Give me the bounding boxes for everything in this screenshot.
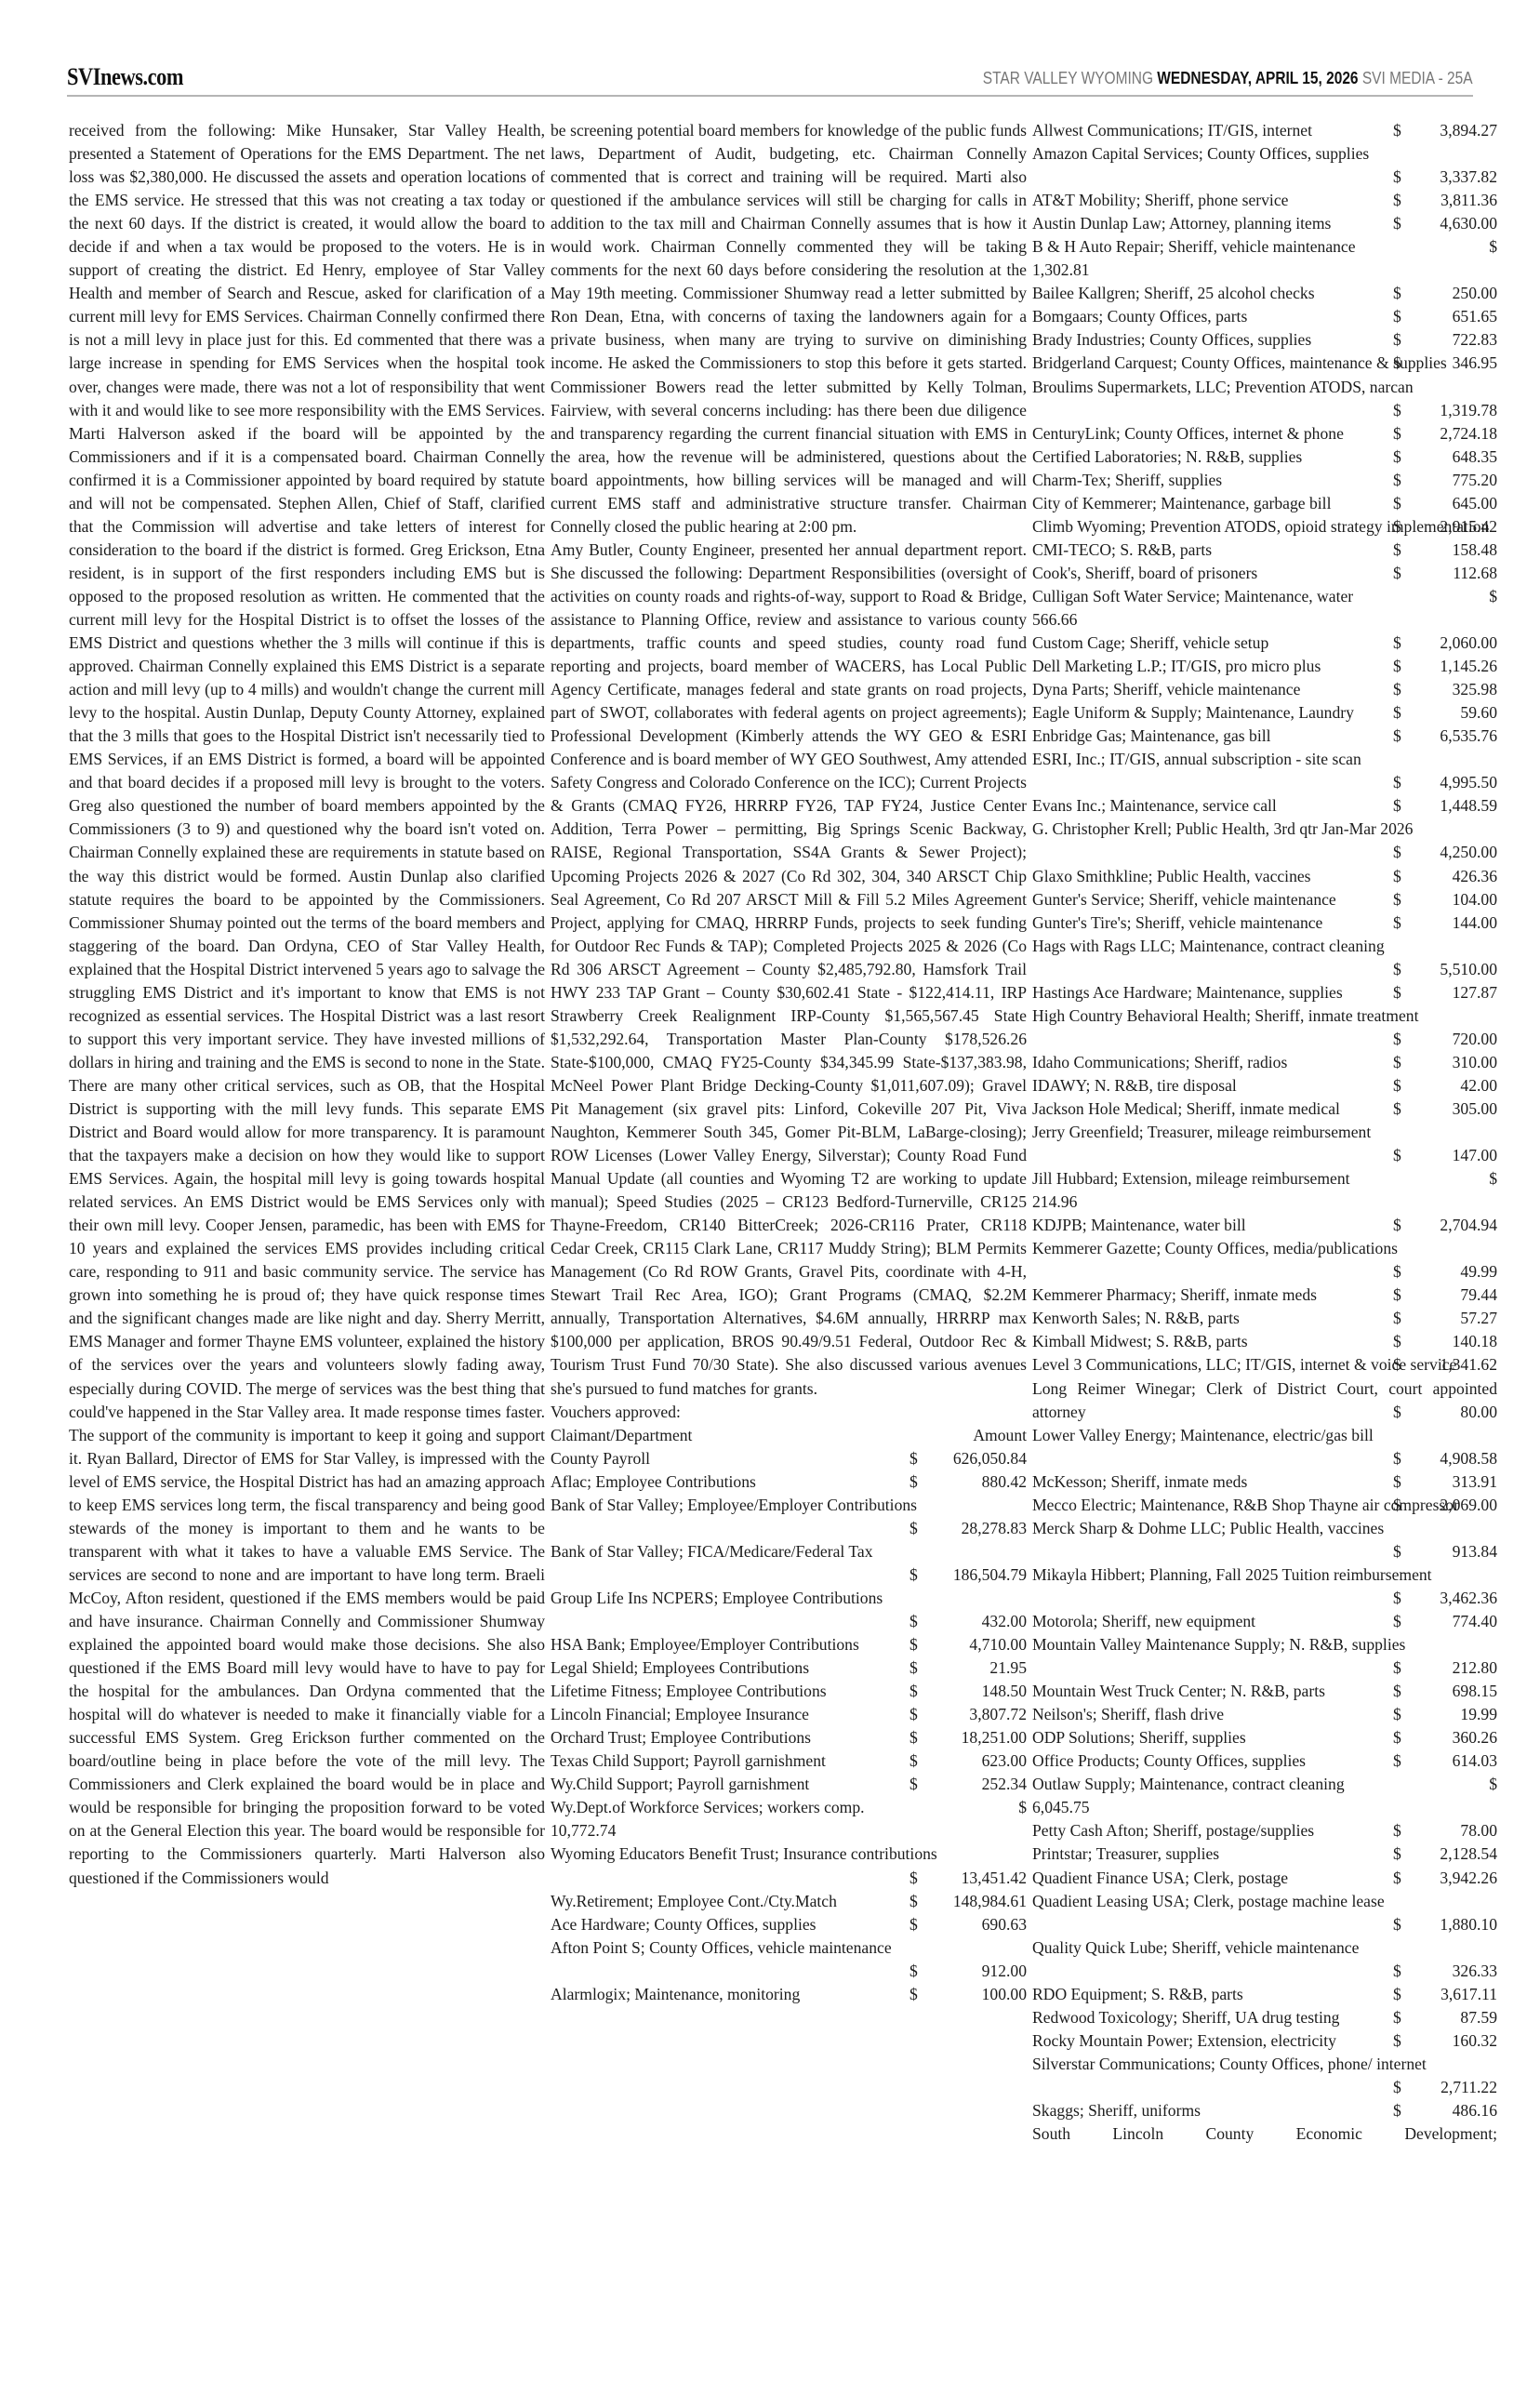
voucher-amount: $147.00 [1393, 1144, 1497, 1167]
voucher-row: $698.15Mountain West Truck Center; N. R&… [1032, 1680, 1497, 1703]
voucher-amount: $698.15 [1393, 1680, 1497, 1703]
voucher-amount: $3,942.26 [1393, 1867, 1497, 1890]
voucher-claimant: Neilson's; Sheriff, flash drive [1032, 1705, 1224, 1723]
currency-symbol: $ [1393, 655, 1417, 678]
amount-value: 87.59 [1417, 2006, 1497, 2029]
currency-symbol: $ [1393, 771, 1417, 794]
voucher-amount: $913.84 [1393, 1540, 1497, 1563]
voucher-amount: $78.00 [1393, 1819, 1497, 1842]
currency-symbol: $ [1393, 119, 1417, 142]
currency-symbol: $ [1489, 235, 1497, 259]
voucher-claimant: AT&T Mobility; Sheriff, phone service [1032, 191, 1288, 209]
amount-value: 626,050.84 [934, 1447, 1027, 1470]
voucher-amount: $645.00 [1393, 492, 1497, 515]
voucher-amount: $5,510.00 [1393, 958, 1497, 981]
currency-symbol: $ [909, 1913, 934, 1936]
amount-value: 4,908.58 [1417, 1447, 1497, 1470]
voucher-row: South Lincoln County Economic Developmen… [1032, 2122, 1497, 2146]
amount-value: 100.00 [934, 1983, 1027, 2006]
voucher-amount: $2,704.94 [1393, 1214, 1497, 1237]
amount-value: 648.35 [1417, 446, 1497, 469]
amount-value: 1,319.78 [1417, 399, 1497, 422]
voucher-amount: $774.40 [1393, 1610, 1497, 1633]
voucher-amount: $360.26 [1393, 1726, 1497, 1749]
currency-symbol: $ [1018, 1796, 1027, 1819]
voucher-amount: $79.44 [1393, 1284, 1497, 1307]
voucher-claimant: CenturyLink; County Offices, internet & … [1032, 424, 1344, 443]
voucher-row: Wyoming Educators Benefit Trust; Insuran… [551, 1842, 1027, 1889]
currency-symbol: $ [1393, 1401, 1417, 1424]
amount-value: 2,069.00 [1417, 1494, 1497, 1517]
currency-symbol: $ [909, 1656, 934, 1680]
voucher-row: Mikayla Hibbert; Planning, Fall 2025 Tui… [1032, 1563, 1497, 1610]
voucher-claimant: Wy.Child Support; Payroll garnishment [551, 1775, 809, 1793]
amount-value: 645.00 [1417, 492, 1497, 515]
voucher-row: Quality Quick Lube; Sheriff, vehicle mai… [1032, 1936, 1497, 1983]
voucher-row: $148,984.61Wy.Retirement; Employee Cont.… [551, 1890, 1027, 1913]
amount-value: 59.60 [1417, 701, 1497, 725]
voucher-row: ESRI, Inc.; IT/GIS, annual subscription … [1032, 748, 1497, 794]
voucher-row: Hags with Rags LLC; Maintenance, contrac… [1032, 935, 1497, 981]
engineer-report-paragraph: Amy Butler, County Engineer, presented h… [551, 539, 1027, 1401]
amount-value: 432.00 [934, 1610, 1027, 1633]
amount-value: 4,250.00 [1417, 841, 1497, 864]
voucher-amount: $2,128.54 [1393, 1842, 1497, 1866]
voucher-amount: $1,880.10 [1393, 1913, 1497, 1936]
currency-symbol: $ [1393, 2099, 1417, 2122]
voucher-row: $6,535.76Enbridge Gas; Maintenance, gas … [1032, 725, 1497, 748]
currency-symbol: $ [1393, 1656, 1417, 1680]
voucher-amount: $18,251.00 [909, 1726, 1027, 1749]
amount-value: 78.00 [1417, 1819, 1497, 1842]
voucher-claimant: Office Products; County Offices, supplie… [1032, 1751, 1306, 1770]
voucher-row: $1,448.59Evans Inc.; Maintenance, servic… [1032, 794, 1497, 818]
voucher-row: $140.18Kimball Midwest; S. R&B, parts [1032, 1330, 1497, 1353]
amount-value: 913.84 [1417, 1540, 1497, 1563]
currency-symbol: $ [1393, 2029, 1417, 2053]
voucher-row: Long Reimer Winegar; Clerk of District C… [1032, 1377, 1497, 1424]
voucher-claimant: Lincoln Financial; Employee Insurance [551, 1705, 809, 1723]
currency-symbol: $ [1393, 1913, 1417, 1936]
voucher-row: $4,710.00HSA Bank; Employee/Employer Con… [551, 1633, 1027, 1656]
voucher-claimant: Jill Hubbard; Extension, mileage reimbur… [1032, 1167, 1497, 1190]
currency-symbol: $ [909, 1447, 934, 1470]
voucher-claimant: South Lincoln County Economic Developmen… [1032, 2122, 1497, 2146]
currency-symbol: $ [1393, 1284, 1417, 1307]
voucher-amount: $432.00 [909, 1610, 1027, 1633]
voucher-row: $2,704.94KDJPB; Maintenance, water bill [1032, 1214, 1497, 1237]
currency-symbol: $ [1393, 1540, 1417, 1563]
currency-symbol: $ [1393, 725, 1417, 748]
amount-value: 186,504.79 [934, 1563, 1027, 1587]
amount-value: 250.00 [1417, 282, 1497, 305]
currency-symbol: $ [1393, 1726, 1417, 1749]
voucher-row: $3,894.27Allwest Communications; IT/GIS,… [1032, 119, 1497, 142]
amount-value: 18,251.00 [934, 1726, 1027, 1749]
voucher-row: $Wy.Dept.of Workforce Services; workers … [551, 1796, 1027, 1842]
voucher-row: $774.40Motorola; Sheriff, new equipment [1032, 1610, 1497, 1633]
voucher-amount: $127.87 [1393, 981, 1497, 1004]
amount-value: 13,451.42 [934, 1867, 1027, 1890]
currency-symbol: $ [1393, 1819, 1417, 1842]
site-name: SVInews.com [67, 63, 183, 91]
amount-value: 80.00 [1417, 1401, 1497, 1424]
voucher-row: Amazon Capital Services; County Offices,… [1032, 142, 1497, 189]
currency-symbol: $ [1393, 958, 1417, 981]
currency-symbol: $ [909, 1867, 934, 1890]
voucher-row: $3,942.26Quadient Finance USA; Clerk, po… [1032, 1867, 1497, 1890]
voucher-amount: $4,250.00 [1393, 841, 1497, 864]
voucher-row: $87.59Redwood Toxicology; Sheriff, UA dr… [1032, 2006, 1497, 2029]
column-2: be screening potential board members for… [551, 119, 1027, 2006]
vouchers-list-col3: $3,894.27Allwest Communications; IT/GIS,… [1032, 119, 1497, 2146]
amount-value: 10,772.74 [551, 1819, 1027, 1842]
voucher-amount: $252.34 [909, 1773, 1027, 1796]
voucher-amount: $1,145.26 [1393, 655, 1497, 678]
voucher-row: $158.48CMI-TECO; S. R&B, parts [1032, 539, 1497, 562]
currency-symbol: $ [1393, 562, 1417, 585]
amount-value: 880.42 [934, 1470, 1027, 1494]
voucher-row: Group Life Ins NCPERS; Employee Contribu… [551, 1587, 1027, 1633]
amount-line: $1,880.10 [1032, 1913, 1497, 1936]
amount-value: 212.80 [1417, 1656, 1497, 1680]
voucher-claimant: Wyoming Educators Benefit Trust; Insuran… [551, 1842, 1027, 1866]
voucher-amount: $3,462.36 [1393, 1587, 1497, 1610]
voucher-claimant: Bank of Star Valley; Employee/Employer C… [551, 1494, 1027, 1517]
currency-symbol: $ [1393, 539, 1417, 562]
voucher-amount: $2,915.42 [1393, 515, 1497, 539]
amount-value: 305.00 [1417, 1097, 1497, 1121]
currency-symbol: $ [1393, 1330, 1417, 1353]
voucher-row: $623.00Texas Child Support; Payroll garn… [551, 1749, 1027, 1773]
voucher-amount: $4,630.00 [1393, 212, 1497, 235]
voucher-row: $59.60Eagle Uniform & Supply; Maintenanc… [1032, 701, 1497, 725]
amount-value: 722.83 [1417, 328, 1497, 352]
voucher-row: $3,811.36AT&T Mobility; Sheriff, phone s… [1032, 189, 1497, 212]
voucher-claimant: Group Life Ins NCPERS; Employee Contribu… [551, 1587, 1027, 1610]
voucher-row: Bank of Star Valley; Employee/Employer C… [551, 1494, 1027, 1540]
dateline-region: STAR VALLEY WYOMING [983, 69, 1153, 87]
voucher-claimant: Charm-Tex; Sheriff, supplies [1032, 471, 1222, 489]
currency-symbol: $ [909, 1470, 934, 1494]
voucher-claimant: Certified Laboratories; N. R&B, supplies [1032, 447, 1302, 466]
amount-line: $49.99 [1032, 1260, 1497, 1284]
currency-symbol: $ [909, 1960, 934, 1983]
amount-value: 326.33 [1417, 1960, 1497, 1983]
vouchers-header: Claimant/Department Amount [551, 1424, 1027, 1447]
voucher-row: $648.35Certified Laboratories; N. R&B, s… [1032, 446, 1497, 469]
currency-symbol: $ [1393, 1144, 1417, 1167]
currency-symbol: $ [1393, 399, 1417, 422]
voucher-row: Broulims Supermarkets, LLC; Prevention A… [1032, 376, 1497, 422]
voucher-row: $18,251.00Orchard Trust; Employee Contri… [551, 1726, 1027, 1749]
amount-value: 6,045.75 [1032, 1796, 1497, 1819]
voucher-claimant: Dyna Parts; Sheriff, vehicle maintenance [1032, 680, 1300, 698]
voucher-amount: $1,341.62 [1393, 1353, 1497, 1377]
amount-value: 252.34 [934, 1773, 1027, 1796]
currency-symbol: $ [1393, 1680, 1417, 1703]
currency-symbol: $ [1393, 632, 1417, 655]
voucher-claimant: Lower Valley Energy; Maintenance, electr… [1032, 1424, 1497, 1447]
page-masthead: SVInews.com STAR VALLEY WYOMING WEDNESDA… [67, 61, 1473, 97]
amount-value: 4,995.50 [1417, 771, 1497, 794]
voucher-amount: $144.00 [1393, 911, 1497, 935]
amount-value: 2,915.42 [1417, 515, 1497, 539]
currency-symbol: $ [1393, 1703, 1417, 1726]
column-1: received from the following: Mike Hunsak… [69, 119, 545, 1890]
amount-value: 6,535.76 [1417, 725, 1497, 748]
voucher-amount: $1,319.78 [1393, 399, 1497, 422]
voucher-row: $305.00Jackson Hole Medical; Sheriff, in… [1032, 1097, 1497, 1121]
voucher-amount: $426.36 [1393, 865, 1497, 888]
voucher-amount: $250.00 [1393, 282, 1497, 305]
voucher-row: Bridgerland Carquest; County Offices, ma… [1032, 352, 1497, 375]
voucher-row: Bank of Star Valley; FICA/Medicare/Feder… [551, 1540, 1027, 1587]
amount-value: 3,807.72 [934, 1703, 1027, 1726]
voucher-claimant: Wy.Retirement; Employee Cont./Cty.Match [551, 1892, 837, 1910]
voucher-claimant: Rocky Mountain Power; Extension, electri… [1032, 2031, 1336, 2050]
voucher-claimant: Redwood Toxicology; Sheriff, UA drug tes… [1032, 2008, 1339, 2027]
voucher-amount: $28,278.83 [909, 1517, 1027, 1540]
currency-symbol: $ [1393, 794, 1417, 818]
currency-symbol: $ [1393, 422, 1417, 446]
currency-symbol: $ [1393, 981, 1417, 1004]
voucher-row: $614.03Office Products; County Offices, … [1032, 1749, 1497, 1773]
amount-value: 2,060.00 [1417, 632, 1497, 655]
voucher-amount: $160.32 [1393, 2029, 1497, 2053]
voucher-amount: $49.99 [1393, 1260, 1497, 1284]
article-paragraph: be screening potential board members for… [551, 119, 1027, 539]
voucher-row: $486.16Skaggs; Sheriff, uniforms [1032, 2099, 1497, 2122]
voucher-claimant: Printstar; Treasurer, supplies [1032, 1844, 1219, 1863]
voucher-amount: $42.00 [1393, 1074, 1497, 1097]
currency-symbol: $ [1489, 585, 1497, 608]
voucher-row: Quadient Leasing USA; Clerk, postage mac… [1032, 1890, 1497, 1936]
voucher-claimant: Motorola; Sheriff, new equipment [1032, 1612, 1255, 1630]
voucher-claimant: RDO Equipment; S. R&B, parts [1032, 1985, 1243, 2003]
voucher-claimant: ODP Solutions; Sheriff, supplies [1032, 1728, 1246, 1747]
amount-value: 2,128.54 [1417, 1842, 1497, 1866]
currency-symbol: $ [1393, 701, 1417, 725]
amount-value: 42.00 [1417, 1074, 1497, 1097]
amount-line: $913.84 [1032, 1540, 1497, 1563]
voucher-row: $79.44Kemmerer Pharmacy; Sheriff, inmate… [1032, 1284, 1497, 1307]
voucher-claimant: Lifetime Fitness; Employee Contributions [551, 1682, 827, 1700]
voucher-row: Merck Sharp & Dohme LLC; Public Health, … [1032, 1517, 1497, 1563]
voucher-claimant: Quadient Finance USA; Clerk, postage [1032, 1869, 1288, 1887]
amount-line: $13,451.42 [551, 1867, 1027, 1890]
currency-symbol: $ [909, 1703, 934, 1726]
voucher-claimant: G. Christopher Krell; Public Health, 3rd… [1032, 818, 1497, 841]
vouchers-title: Vouchers approved: [551, 1401, 1027, 1424]
currency-symbol: $ [909, 1749, 934, 1773]
amount-value: 775.20 [1417, 469, 1497, 492]
voucher-amount: $140.18 [1393, 1330, 1497, 1353]
voucher-claimant: Mikayla Hibbert; Planning, Fall 2025 Tui… [1032, 1563, 1497, 1587]
currency-symbol: $ [1393, 515, 1417, 539]
amount-value: 79.44 [1417, 1284, 1497, 1307]
currency-symbol: $ [909, 1517, 934, 1540]
amount-value: 4,630.00 [1417, 212, 1497, 235]
voucher-row: $252.34Wy.Child Support; Payroll garnish… [551, 1773, 1027, 1796]
voucher-row: $3,807.72Lincoln Financial; Employee Ins… [551, 1703, 1027, 1726]
currency-symbol: $ [1393, 189, 1417, 212]
voucher-claimant: Glaxo Smithkline; Public Health, vaccine… [1032, 867, 1311, 885]
voucher-row: $100.00Alarmlogix; Maintenance, monitori… [551, 1983, 1027, 2006]
voucher-amount: $690.63 [909, 1913, 1027, 1936]
amount-value: 360.26 [1417, 1726, 1497, 1749]
voucher-amount: $112.68 [1393, 562, 1497, 585]
voucher-row: $112.68Cook's, Sheriff, board of prisone… [1032, 562, 1497, 585]
currency-symbol: $ [1393, 911, 1417, 935]
voucher-row: $2,724.18CenturyLink; County Offices, in… [1032, 422, 1497, 446]
voucher-row: G. Christopher Krell; Public Health, 3rd… [1032, 818, 1497, 864]
voucher-amount: $158.48 [1393, 539, 1497, 562]
currency-symbol: $ [1393, 1960, 1417, 1983]
voucher-amount: $3,811.36 [1393, 189, 1497, 212]
voucher-row: $2,060.00Custom Cage; Sheriff, vehicle s… [1032, 632, 1497, 655]
voucher-amount: $104.00 [1393, 888, 1497, 911]
currency-symbol: $ [1393, 1074, 1417, 1097]
voucher-row: Afton Point S; County Offices, vehicle m… [551, 1936, 1027, 1983]
amount-value: 160.32 [1417, 2029, 1497, 2053]
currency-symbol: $ [1393, 1447, 1417, 1470]
voucher-claimant: Eagle Uniform & Supply; Maintenance, Lau… [1032, 703, 1354, 722]
voucher-claimant: Bomgaars; County Offices, parts [1032, 307, 1247, 326]
amount-line: $1,319.78 [1032, 399, 1497, 422]
voucher-claimant: Quality Quick Lube; Sheriff, vehicle mai… [1032, 1936, 1497, 1960]
voucher-claimant: Enbridge Gas; Maintenance, gas bill [1032, 726, 1271, 745]
voucher-row: Level 3 Communications, LLC; IT/GIS, int… [1032, 1353, 1497, 1377]
currency-symbol: $ [1393, 1494, 1417, 1517]
voucher-amount: $57.27 [1393, 1307, 1497, 1330]
amount-line: $28,278.83 [551, 1517, 1027, 1540]
voucher-row: Silverstar Communications; County Office… [1032, 2053, 1497, 2099]
voucher-amount: $2,711.22 [1393, 2076, 1497, 2099]
amount-line: $720.00 [1032, 1028, 1497, 1051]
voucher-amount: $614.03 [1393, 1749, 1497, 1773]
amount-value: 3,942.26 [1417, 1867, 1497, 1890]
amount-value: 651.65 [1417, 305, 1497, 328]
amount-value: 147.00 [1417, 1144, 1497, 1167]
voucher-claimant: Evans Inc.; Maintenance, service call [1032, 796, 1277, 815]
currency-symbol: $ [1393, 469, 1417, 492]
voucher-row: Mecco Electric; Maintenance, R&B Shop Th… [1032, 1494, 1497, 1517]
voucher-row: $651.65Bomgaars; County Offices, parts [1032, 305, 1497, 328]
voucher-claimant: Hastings Ace Hardware; Maintenance, supp… [1032, 983, 1343, 1002]
voucher-amount: $305.00 [1393, 1097, 1497, 1121]
amount-value: 566.66 [1032, 608, 1497, 632]
voucher-amount: $3,894.27 [1393, 119, 1497, 142]
voucher-amount: $623.00 [909, 1749, 1027, 1773]
amount-value: 313.91 [1417, 1470, 1497, 1494]
voucher-claimant: Gunter's Service; Sheriff, vehicle maint… [1032, 890, 1336, 909]
voucher-row: $3,617.11RDO Equipment; S. R&B, parts [1032, 1983, 1497, 2006]
amount-value: 310.00 [1417, 1051, 1497, 1074]
voucher-amount: $2,060.00 [1393, 632, 1497, 655]
amount-value: 1,145.26 [1417, 655, 1497, 678]
amount-value: 49.99 [1417, 1260, 1497, 1284]
voucher-row: $1,145.26Dell Marketing L.P.; IT/GIS, pr… [1032, 655, 1497, 678]
amount-line: $432.00 [551, 1610, 1027, 1633]
amount-value: 614.03 [1417, 1749, 1497, 1773]
voucher-amount: $720.00 [1393, 1028, 1497, 1051]
voucher-amount: $80.00 [1393, 1401, 1497, 1424]
voucher-amount: $59.60 [1393, 701, 1497, 725]
currency-symbol: $ [1393, 1353, 1417, 1377]
voucher-amount: $722.83 [1393, 328, 1497, 352]
voucher-claimant: Outlaw Supply; Maintenance, contract cle… [1032, 1773, 1497, 1796]
voucher-claimant: Kemmerer Gazette; County Offices, media/… [1032, 1237, 1497, 1260]
amount-value: 426.36 [1417, 865, 1497, 888]
dateline-date: WEDNESDAY, APRIL 15, 2026 [1158, 69, 1359, 87]
voucher-claimant: High Country Behavioral Health; Sheriff,… [1032, 1004, 1497, 1028]
amount-value: 486.16 [1417, 2099, 1497, 2122]
currency-symbol: $ [1393, 1214, 1417, 1237]
voucher-amount: $651.65 [1393, 305, 1497, 328]
currency-symbol: $ [1393, 1097, 1417, 1121]
voucher-claimant: Legal Shield; Employees Contributions [551, 1658, 809, 1677]
voucher-amount: $87.59 [1393, 2006, 1497, 2029]
currency-symbol: $ [1393, 282, 1417, 305]
amount-value: 1,341.62 [1417, 1353, 1497, 1377]
voucher-row: $313.91McKesson; Sheriff, inmate meds [1032, 1470, 1497, 1494]
voucher-amount: $326.33 [1393, 1960, 1497, 1983]
currency-symbol: $ [1393, 446, 1417, 469]
voucher-row: $57.27Kenworth Sales; N. R&B, parts [1032, 1307, 1497, 1330]
voucher-row: $78.00Petty Cash Afton; Sheriff, postage… [1032, 1819, 1497, 1842]
currency-symbol: $ [1393, 305, 1417, 328]
amount-value: 912.00 [934, 1960, 1027, 1983]
currency-symbol: $ [909, 1633, 934, 1656]
currency-symbol: $ [1393, 1749, 1417, 1773]
amount-line: $326.33 [1032, 1960, 1497, 1983]
voucher-amount: $148,984.61 [909, 1890, 1027, 1913]
voucher-claimant: Gunter's Tire's; Sheriff, vehicle mainte… [1032, 913, 1322, 932]
voucher-amount: $346.95 [1393, 352, 1497, 375]
currency-symbol: $ [1393, 352, 1417, 375]
voucher-amount: $6,535.76 [1393, 725, 1497, 748]
currency-symbol: $ [1393, 865, 1417, 888]
voucher-row: High Country Behavioral Health; Sheriff,… [1032, 1004, 1497, 1051]
voucher-amount: $13,451.42 [909, 1867, 1027, 1890]
voucher-claimant: Skaggs; Sheriff, uniforms [1032, 2101, 1201, 2120]
currency-symbol: $ [909, 1610, 934, 1633]
currency-symbol: $ [1393, 166, 1417, 189]
currency-symbol: $ [1489, 1773, 1497, 1796]
voucher-claimant: Orchard Trust; Employee Contributions [551, 1728, 811, 1747]
voucher-row: $250.00Bailee Kallgren; Sheriff, 25 alco… [1032, 282, 1497, 305]
currency-symbol: $ [909, 1983, 934, 2006]
voucher-claimant: Jerry Greenfield; Treasurer, mileage rei… [1032, 1121, 1497, 1144]
voucher-amount: $148.50 [909, 1680, 1027, 1703]
currency-symbol: $ [1393, 492, 1417, 515]
amount-line: $186,504.79 [551, 1563, 1027, 1587]
column-3: $3,894.27Allwest Communications; IT/GIS,… [1032, 119, 1497, 2146]
amount-value: 3,894.27 [1417, 119, 1497, 142]
voucher-amount: $626,050.84 [909, 1447, 1027, 1470]
voucher-claimant: Bailee Kallgren; Sheriff, 25 alcohol che… [1032, 284, 1315, 302]
voucher-claimant: CMI-TECO; S. R&B, parts [1032, 540, 1212, 559]
amount-value: 3,617.11 [1417, 1983, 1497, 2006]
voucher-claimant: County Payroll [551, 1449, 650, 1468]
voucher-row: $Culligan Soft Water Service; Maintenanc… [1032, 585, 1497, 632]
currency-symbol: $ [909, 1563, 934, 1587]
voucher-row: $Jill Hubbard; Extension, mileage reimbu… [1032, 1167, 1497, 1214]
voucher-amount: $4,908.58 [1393, 1447, 1497, 1470]
voucher-claimant: Brady Industries; County Offices, suppli… [1032, 330, 1311, 349]
vouchers-header-amount: Amount [973, 1424, 1027, 1447]
